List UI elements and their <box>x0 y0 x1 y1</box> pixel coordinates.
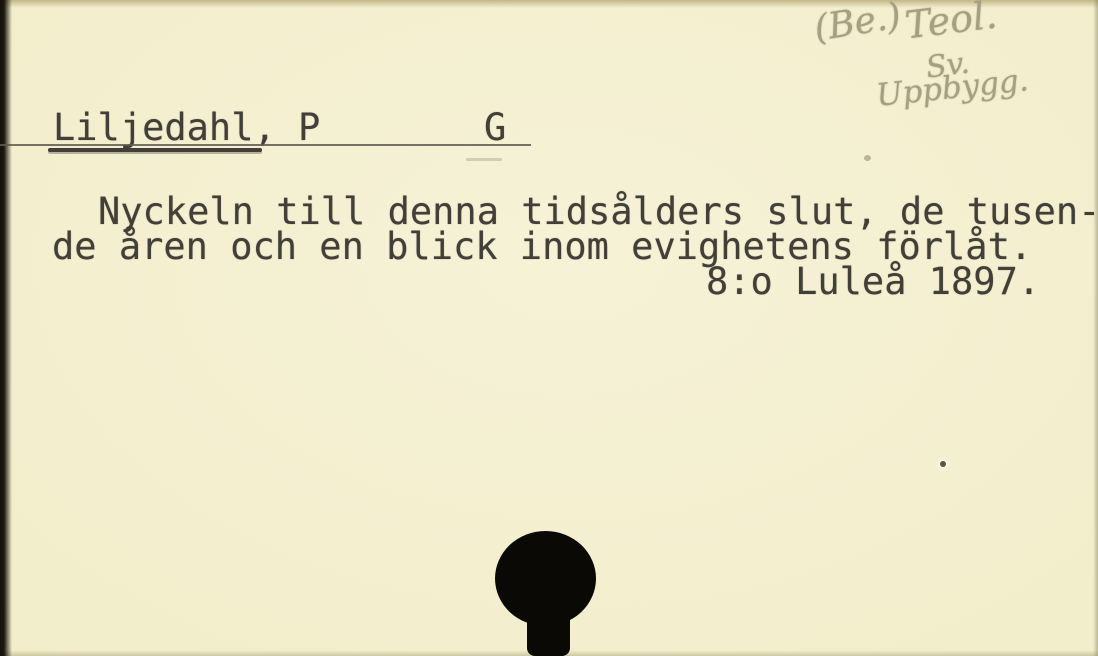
author-initial: G <box>484 108 506 148</box>
punch-hole-slot <box>527 600 570 656</box>
scan-edge-left <box>0 0 12 656</box>
handwritten-classification-1: Teol. <box>903 0 1000 47</box>
ink-speck <box>940 461 946 467</box>
catalog-card: (Be.) Teol. Sv. Uppbygg. Liljedahl, P G … <box>0 0 1098 656</box>
pencil-smudge <box>466 158 502 161</box>
handwritten-code: (Be.) <box>811 0 904 50</box>
typed-underline <box>48 148 262 152</box>
ruled-line <box>0 144 531 146</box>
scan-edge-right <box>1093 0 1098 656</box>
ink-speck <box>864 155 871 161</box>
handwritten-classification-3: Uppbygg. <box>875 62 1031 114</box>
imprint-line: 8:o Luleå 1897. <box>706 262 1040 302</box>
author-heading: Liljedahl, P <box>53 108 320 148</box>
